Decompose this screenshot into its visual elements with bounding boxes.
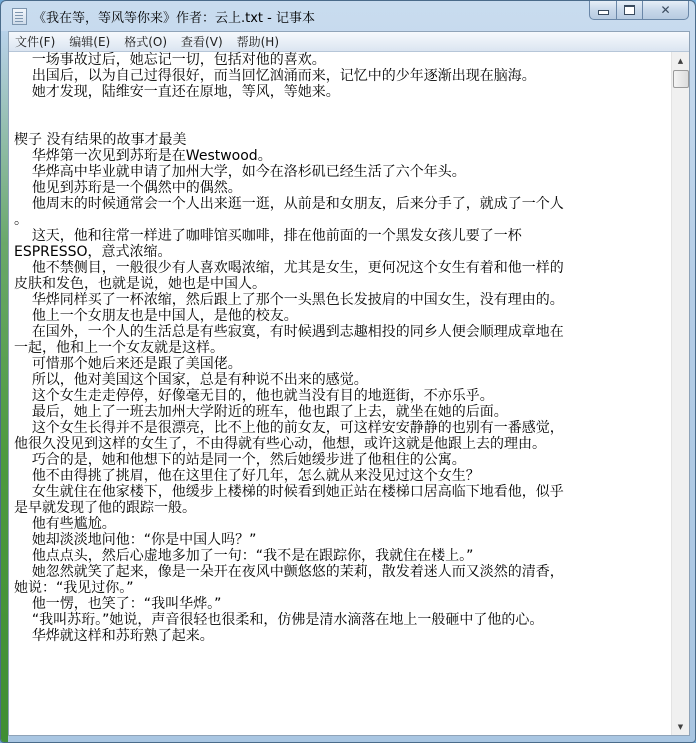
- text-line: 华烨高中毕业就申请了加州大学，如今在洛杉矶已经生活了六个年头。: [14, 164, 671, 180]
- maximize-icon: [624, 5, 635, 15]
- menu-help[interactable]: 帮助(H): [230, 33, 286, 51]
- text-line: 华烨第一次见到苏珩是在Westwood。: [14, 148, 671, 164]
- text-line: 他不由得挑了挑眉，他在这里住了好几年，怎么就从来没见过这个女生？: [14, 468, 671, 484]
- text-line: 他见到苏珩是一个偶然中的偶然。: [14, 180, 671, 196]
- text-line: ESPRESSO，意式浓缩。: [14, 244, 671, 260]
- text-line: 他一愣，也笑了：“我叫华烨。”: [14, 596, 671, 612]
- client-area: 文件(F) 编辑(E) 格式(O) 查看(V) 帮助(H) 一场事故过后，她忘记…: [8, 31, 690, 736]
- text-line: 华烨就这样和苏珩熟了起来。: [14, 628, 671, 644]
- menu-view[interactable]: 查看(V): [174, 33, 230, 51]
- menu-format[interactable]: 格式(O): [117, 33, 174, 51]
- text-line: 女生就住在他家楼下，他缓步上楼梯的时候看到她正站在楼梯口居高临下地看他，似乎: [14, 484, 671, 500]
- text-line: 。: [14, 212, 671, 228]
- text-line: 她忽然就笑了起来，像是一朵开在夜风中颤悠悠的茉莉，散发着迷人而又淡然的清香，: [14, 564, 671, 580]
- text-line: 他很久没见到这样的女生了，不由得就有些心动，他想，或许这就是他跟上去的理由。: [14, 436, 671, 452]
- title-bar[interactable]: 《我在等，等风等你来》作者：云上.txt - 记事本 ✕: [1, 1, 695, 31]
- text-line: 最后，她上了一班去加州大学附近的班车，他也跟了上去，就坐在她的后面。: [14, 404, 671, 420]
- text-line: 这个女生长得并不是很漂亮，比不上他的前女友，可这样安安静静的也别有一番感觉，: [14, 420, 671, 436]
- scroll-up-button[interactable]: ▲: [672, 52, 689, 69]
- text-line: 她说：“我见过你。”: [14, 580, 671, 596]
- text-editor[interactable]: 一场事故过后，她忘记一切，包括对他的喜欢。 出国后，以为自己过得很好，而当回忆汹…: [9, 52, 671, 735]
- text-line: 他有些尴尬。: [14, 516, 671, 532]
- text-line: 在国外，一个人的生活总是有些寂寞，有时候遇到志趣相投的同乡人便会顺理成章地在: [14, 324, 671, 340]
- text-line: 这天，他和往常一样进了咖啡馆买咖啡，排在他前面的一个黑发女孩儿要了一杯: [14, 228, 671, 244]
- text-line: 楔子 没有结果的故事才最美: [14, 132, 671, 148]
- text-line: 一场事故过后，她忘记一切，包括对他的喜欢。: [14, 52, 671, 68]
- text-line: 他周末的时候通常会一个人出来逛一逛，从前是和女朋友，后来分手了，就成了一个人: [14, 196, 671, 212]
- text-line: 巧合的是，她和他想下的站是同一个，然后她缓步进了他租住的公寓。: [14, 452, 671, 468]
- window-title: 《我在等，等风等你来》作者：云上.txt - 记事本: [33, 7, 315, 26]
- notepad-window: 《我在等，等风等你来》作者：云上.txt - 记事本 ✕ 文件(F) 编辑(E)…: [0, 0, 696, 743]
- arrow-down-icon: ▼: [678, 723, 683, 731]
- vertical-scrollbar[interactable]: ▲ ▼: [671, 52, 689, 735]
- menu-bar: 文件(F) 编辑(E) 格式(O) 查看(V) 帮助(H): [9, 32, 689, 52]
- text-line: 他不禁侧目，一般很少有人喜欢喝浓缩，尤其是女生，更何况这个女生有着和他一样的: [14, 260, 671, 276]
- minimize-icon: [598, 10, 609, 15]
- text-line: 这个女生走走停停，好像毫无目的，他也就当没有目的地逛街，不亦乐乎。: [14, 388, 671, 404]
- text-line: 是早就发现了他的跟踪一般。: [14, 500, 671, 516]
- notepad-icon[interactable]: [12, 8, 27, 25]
- text-line: 她才发现，陆维安一直还在原地，等风，等她来。: [14, 84, 671, 100]
- caption-buttons: ✕: [589, 1, 689, 20]
- maximize-button[interactable]: [617, 1, 643, 20]
- editor-content[interactable]: 一场事故过后，她忘记一切，包括对他的喜欢。 出国后，以为自己过得很好，而当回忆汹…: [9, 52, 671, 644]
- text-line: 一起，他和上一个女友就是这样。: [14, 340, 671, 356]
- minimize-button[interactable]: [589, 1, 617, 20]
- text-line: 可惜那个她后来还是跟了美国佬。: [14, 356, 671, 372]
- text-line: 出国后，以为自己过得很好，而当回忆汹涌而来，记忆中的少年逐渐出现在脑海。: [14, 68, 671, 84]
- text-line: [14, 100, 671, 116]
- arrow-up-icon: ▲: [678, 57, 683, 65]
- text-line: 所以，他对美国这个国家，总是有种说不出来的感觉。: [14, 372, 671, 388]
- text-line: [14, 116, 671, 132]
- scroll-down-button[interactable]: ▼: [672, 718, 689, 735]
- text-line: 华烨同样买了一杯浓缩，然后跟上了那个一头黑色长发披肩的中国女生，没有理由的。: [14, 292, 671, 308]
- close-icon: ✕: [660, 3, 670, 17]
- close-button[interactable]: ✕: [643, 1, 689, 20]
- menu-edit[interactable]: 编辑(E): [62, 33, 117, 51]
- text-line: 他上一个女朋友也是中国人，是他的校友。: [14, 308, 671, 324]
- menu-file[interactable]: 文件(F): [9, 33, 62, 51]
- text-line: “我叫苏珩。”她说，声音很轻也很柔和，仿佛是清水滴落在地上一般砸中了他的心。: [14, 612, 671, 628]
- text-line: 皮肤和发色，也就是说，她也是中国人。: [14, 276, 671, 292]
- text-line: 他点点头，然后心虚地多加了一句：“我不是在跟踪你，我就住在楼上。”: [14, 548, 671, 564]
- text-line: 她却淡淡地问他：“你是中国人吗？”: [14, 532, 671, 548]
- scroll-thumb[interactable]: [673, 70, 689, 88]
